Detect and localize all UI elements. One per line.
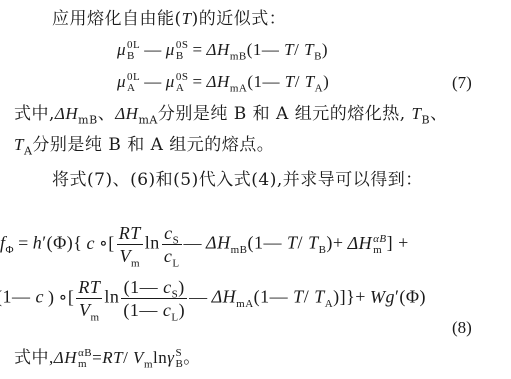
text: 式中, bbox=[14, 348, 54, 367]
var-g: g bbox=[385, 287, 395, 307]
ln: ln bbox=[153, 348, 167, 367]
scripts: αBm bbox=[373, 234, 387, 256]
text: 式中, bbox=[14, 104, 55, 124]
sub: A bbox=[325, 298, 333, 310]
numerator: (1— cS) bbox=[121, 276, 187, 299]
mu-symbol: μ bbox=[166, 72, 175, 91]
sub: mB bbox=[78, 113, 98, 126]
mu-scripts: 0SB bbox=[176, 40, 189, 62]
sub: m bbox=[373, 245, 387, 256]
equals-sign: = bbox=[192, 40, 202, 59]
numerator: cS bbox=[162, 222, 182, 245]
ln: ln bbox=[104, 287, 119, 307]
sub: B bbox=[175, 359, 183, 370]
var-c: c bbox=[36, 287, 45, 307]
delta-H: ΔH bbox=[206, 233, 231, 253]
var-V: V bbox=[133, 348, 144, 367]
denominator: Vm bbox=[117, 245, 143, 267]
sub: mB bbox=[230, 50, 247, 62]
fraction-RT-Vm: RTVm bbox=[117, 222, 143, 267]
delta-H: ΔH bbox=[54, 348, 77, 367]
equals-sign: = bbox=[92, 348, 102, 367]
sub: A bbox=[127, 83, 140, 94]
sub: m bbox=[144, 358, 153, 370]
gamma: γ bbox=[167, 348, 174, 367]
sub: L bbox=[172, 258, 179, 270]
delta-H: ΔH bbox=[207, 40, 230, 59]
separator: 、 bbox=[98, 104, 116, 124]
sub: B bbox=[176, 51, 189, 62]
intro-post: )的近似式： bbox=[192, 9, 287, 29]
mu-symbol: μ bbox=[117, 72, 126, 91]
mu-scripts: 0LA bbox=[127, 72, 140, 94]
sub: B bbox=[314, 50, 322, 62]
delta-H: ΔH bbox=[348, 233, 373, 253]
denominator: cL bbox=[162, 245, 182, 267]
sub: mA bbox=[230, 82, 248, 94]
separator: 、 bbox=[430, 104, 448, 124]
mu-scripts: 0SA bbox=[176, 72, 189, 94]
slash: / bbox=[123, 348, 133, 367]
minus-sign: — bbox=[144, 72, 162, 91]
equals-sign: = bbox=[18, 233, 29, 253]
sub: B bbox=[127, 51, 140, 62]
paren-close-plus: )+ bbox=[326, 233, 343, 253]
where-clause-2: 式中,ΔHαBm=RT/ VmlnγSB。 bbox=[14, 348, 201, 370]
delta-H: ΔH bbox=[207, 72, 230, 91]
paren-open: (1— bbox=[123, 300, 163, 320]
slash: / bbox=[294, 40, 304, 59]
sub: m bbox=[91, 312, 100, 324]
paren-close: ) bbox=[322, 40, 328, 59]
paren-close: ) bbox=[323, 72, 329, 91]
var-T: T bbox=[314, 287, 325, 307]
var-T: T bbox=[14, 135, 24, 154]
intro-text: 应用熔化自由能(T)的近似式： bbox=[52, 9, 286, 29]
var-W: W bbox=[370, 287, 386, 307]
var-T: T bbox=[285, 72, 295, 91]
var-T: T bbox=[287, 233, 298, 253]
var-V: V bbox=[120, 246, 132, 266]
var-T: T bbox=[284, 40, 294, 59]
equation-8-line-2: (1— c)∘[RTVmln(1— cS)(1— cL)—ΔHmA(1— T/ … bbox=[0, 276, 426, 321]
slash: / bbox=[295, 72, 305, 91]
delta-H: ΔH bbox=[55, 104, 78, 123]
fraction-cS-cL: cScL bbox=[162, 222, 182, 267]
where-clause-1-line-2: TA分别是纯 B 和 A 组元的熔点。 bbox=[14, 135, 274, 155]
equation-7-line-1: μ0LB—μ0SB=ΔHmB(1— T/ TB) bbox=[117, 40, 328, 62]
var-T: T bbox=[308, 233, 319, 253]
var-T: T bbox=[305, 72, 315, 91]
intro-var-T: T bbox=[182, 9, 192, 28]
minus-sign: — bbox=[184, 233, 203, 253]
paren-open: (1— bbox=[248, 233, 288, 253]
var-T: T bbox=[412, 104, 422, 123]
minus-sign: — bbox=[189, 287, 208, 307]
sub: B bbox=[422, 113, 431, 126]
denominator: Vm bbox=[76, 299, 102, 321]
ln: ln bbox=[145, 233, 160, 253]
equation-7-line-2: μ0LA—μ0SA=ΔHmA(1— T/ TA) bbox=[117, 72, 329, 94]
fraction-RT-Vm: RTVm bbox=[76, 276, 102, 321]
paren-close: ) bbox=[179, 300, 186, 320]
var-c: c bbox=[164, 223, 173, 243]
sub: A bbox=[176, 83, 189, 94]
text: 分别是纯 B 和 A 组元的熔化热, bbox=[158, 104, 406, 124]
paren-open: (1— bbox=[124, 277, 164, 297]
var-RT: RT bbox=[102, 348, 123, 367]
phi-open: (Φ){ bbox=[47, 233, 83, 253]
equation-number-7: (7) bbox=[452, 73, 472, 93]
var-V: V bbox=[79, 300, 91, 320]
bracket-close-plus: )]}+ bbox=[333, 287, 366, 307]
paren-open: (1— bbox=[0, 287, 36, 307]
slash: / bbox=[298, 233, 309, 253]
sub: m bbox=[131, 258, 140, 270]
paren-close: ) bbox=[178, 277, 185, 297]
mu-scripts: 0LB bbox=[127, 40, 140, 62]
paren-open: (1— bbox=[247, 72, 284, 91]
intro-pre: 应用熔化自由能( bbox=[52, 9, 182, 29]
dot-bracket: ∘[ bbox=[59, 287, 75, 307]
slash: / bbox=[304, 287, 315, 307]
sub: Φ bbox=[6, 244, 15, 256]
phi: (Φ) bbox=[399, 287, 426, 307]
var-h: h bbox=[33, 233, 43, 253]
sub: m bbox=[78, 359, 92, 370]
sup: αB bbox=[373, 234, 387, 245]
paren-close: ) bbox=[48, 287, 55, 307]
equation-number-8: (8) bbox=[452, 318, 472, 338]
dot-bracket: ∘[ bbox=[99, 233, 115, 253]
scripts: SB bbox=[175, 348, 183, 370]
equals-sign: = bbox=[192, 72, 202, 91]
equation-8-line-1: fΦ=h′(Φ){c∘[RTVmlncScL—ΔHmB(1— T/ TB)+ΔH… bbox=[0, 222, 409, 267]
var-c: c bbox=[163, 277, 172, 297]
sub: A bbox=[315, 82, 323, 94]
mu-symbol: μ bbox=[117, 40, 126, 59]
var-T: T bbox=[304, 40, 314, 59]
numerator: RT bbox=[117, 222, 143, 245]
sub: mA bbox=[138, 113, 157, 126]
mu-symbol: μ bbox=[166, 40, 175, 59]
where-clause-1-line-1: 式中,ΔHmB、ΔHmA分别是纯 B 和 A 组元的熔化热, TB、 bbox=[14, 104, 448, 124]
scripts: αBm bbox=[78, 348, 92, 370]
sub: L bbox=[171, 312, 178, 324]
paren-open: (1— bbox=[247, 40, 284, 59]
text: 分别是纯 B 和 A 组元的熔点。 bbox=[32, 135, 274, 155]
delta-H: ΔH bbox=[115, 104, 138, 123]
period: 。 bbox=[183, 348, 201, 367]
minus-sign: — bbox=[144, 40, 162, 59]
sub: mB bbox=[231, 244, 248, 256]
numerator: RT bbox=[76, 276, 102, 299]
bracket-close-plus: ] + bbox=[387, 233, 409, 253]
denominator: (1— cL) bbox=[121, 299, 187, 321]
fraction-1-cS-1-cL: (1— cS)(1— cL) bbox=[121, 276, 187, 321]
substitute-text: 将式(7)、(6)和(5)代入式(4),并求导可以得到： bbox=[52, 170, 423, 190]
var-T: T bbox=[293, 287, 304, 307]
sub: mA bbox=[236, 298, 254, 310]
delta-H: ΔH bbox=[212, 287, 237, 307]
var-c: c bbox=[86, 233, 95, 253]
paren-open: (1— bbox=[254, 287, 294, 307]
